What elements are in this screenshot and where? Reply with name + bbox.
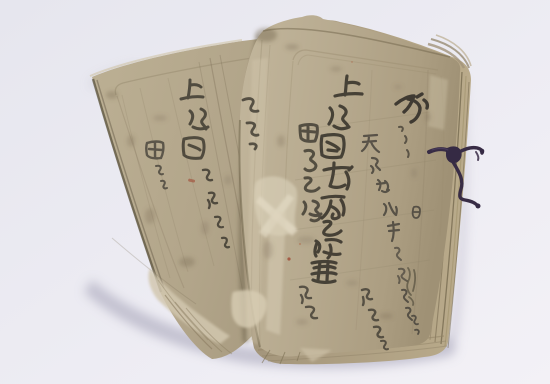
photo-two-bound-manuscripts [0,0,550,384]
front-book [231,15,471,364]
